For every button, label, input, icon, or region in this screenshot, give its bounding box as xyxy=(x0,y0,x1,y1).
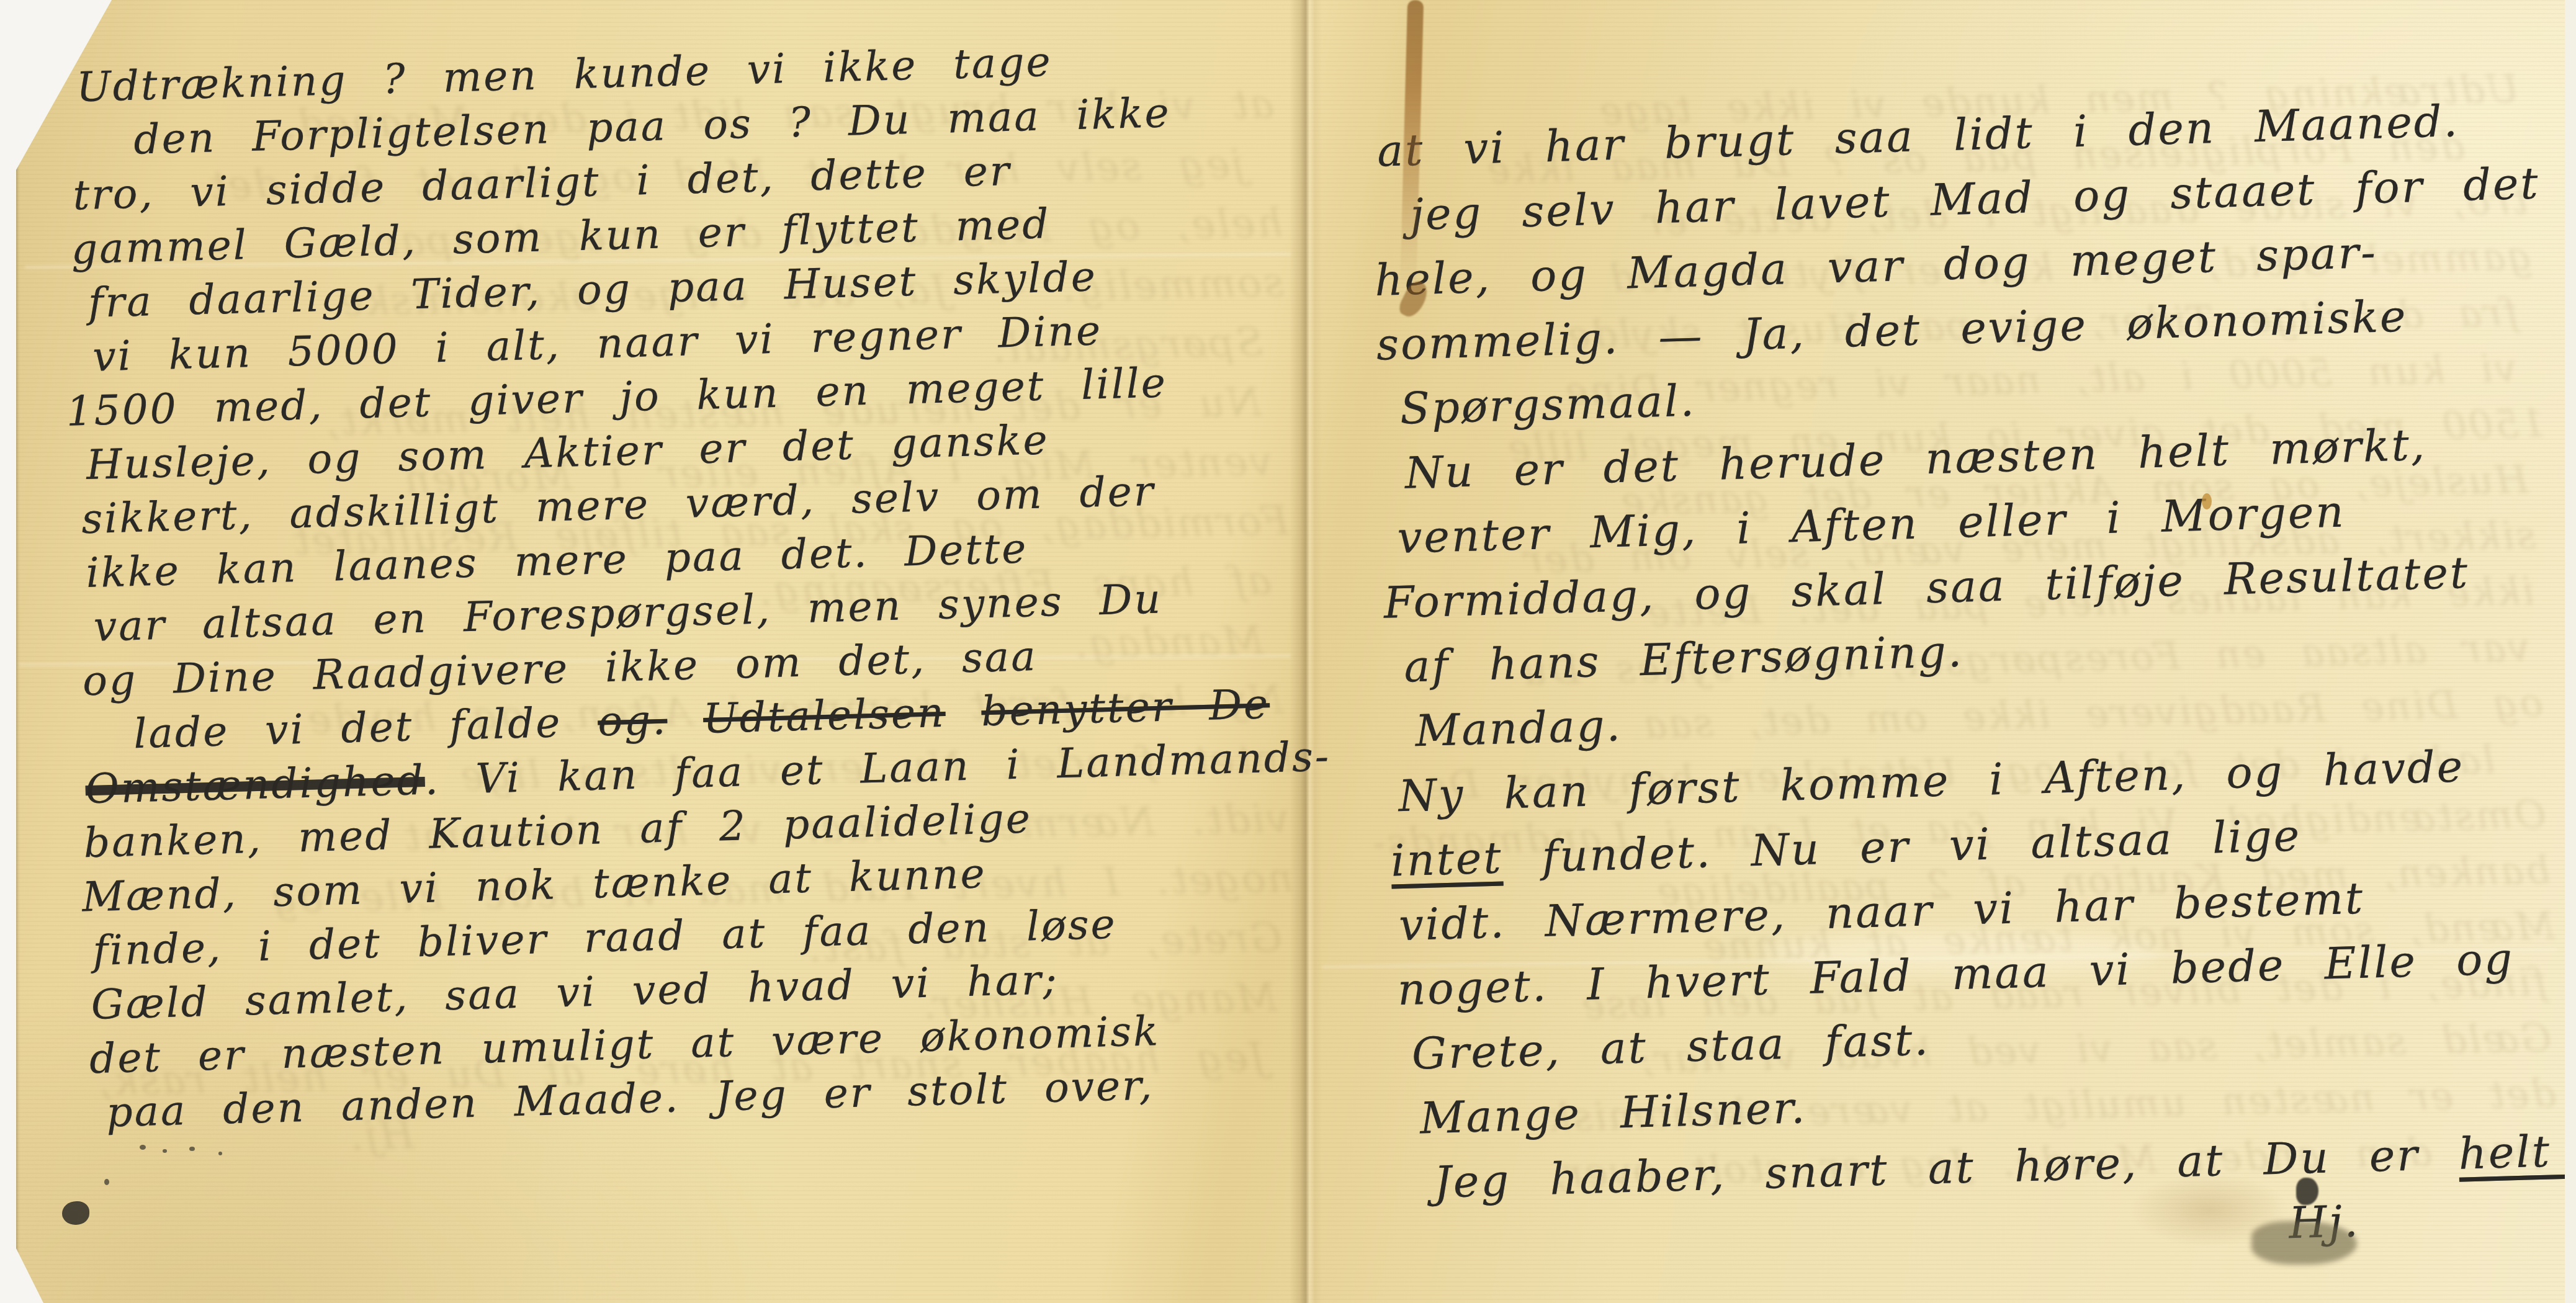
text-segment: Spørgsmaal. xyxy=(1399,375,1697,434)
text-segment xyxy=(666,695,704,743)
ink-speckle xyxy=(140,1145,146,1150)
fingerprint-smudge xyxy=(2129,1173,2290,1247)
amber-fleck xyxy=(2202,493,2212,509)
ink-speckle xyxy=(163,1149,167,1153)
struck-text-segment: Udtalelsen xyxy=(702,689,946,743)
ink-speckle xyxy=(218,1152,222,1155)
text-segment: af hans Eftersøgning. xyxy=(1404,626,1964,692)
scan-edge-left xyxy=(0,0,16,1303)
text-segment: lade vi det falde xyxy=(133,698,598,758)
struck-text-segment: benytter De xyxy=(981,680,1270,735)
scan-edge-right xyxy=(2565,0,2576,1303)
right-page: at vi har brugt saa lidt i den Maaned.je… xyxy=(1370,86,2576,1281)
text-segment xyxy=(945,687,982,736)
ink-speckle xyxy=(104,1179,109,1185)
text-segment: Grete, at staa fast. xyxy=(1411,1014,1931,1079)
struck-text-segment: og. xyxy=(597,696,668,746)
ink-blob xyxy=(62,1201,89,1225)
struck-text-segment: Omstændighed xyxy=(85,756,426,813)
letter-scan: at vi har brugt saa lidt i den Maaned.je… xyxy=(0,0,2576,1303)
underlined-text-segment: helt rask xyxy=(2458,1122,2576,1180)
text-segment: Mange Hilsner. xyxy=(1419,1082,1807,1144)
left-page: Udtrækning ? men kunde vi ikke tageden F… xyxy=(57,29,1326,1140)
ink-speckle xyxy=(189,1147,195,1151)
underlined-text-segment: intet xyxy=(1390,833,1503,887)
text-segment: Mandag. xyxy=(1414,700,1622,756)
